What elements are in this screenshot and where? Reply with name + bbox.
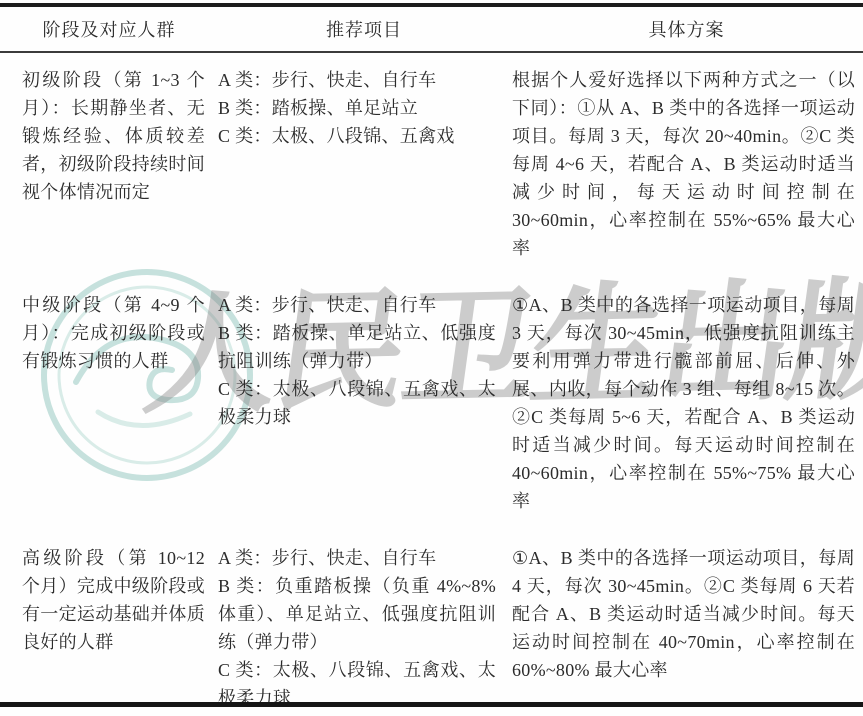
item-class-a: A 类：步行、快走、自行车 [218,544,496,572]
stage-cell: 高级阶段（第 10~12 个月）完成中级阶段或有一定运动基础并体质良好的人群 [0,544,218,712]
item-class-c: C 类：太极、八段锦、五禽戏 [218,122,496,150]
table-header-row: 阶段及对应人群 推荐项目 具体方案 [0,3,863,53]
item-class-a: A 类：步行、快走、自行车 [218,291,496,319]
exercise-program-table: 阶段及对应人群 推荐项目 具体方案 初级阶段（第 1~3 个月）：长期静坐者、无… [0,0,863,716]
item-class-b: B 类：踏板操、单足站立 [218,94,496,122]
items-cell: A 类：步行、快走、自行车 B 类：踏板操、单足站立 C 类：太极、八段锦、五禽… [218,66,510,262]
items-cell: A 类：步行、快走、自行车 B 类：踏板操、单足站立、低强度抗阻训练（弹力带） … [218,291,510,515]
item-class-b: B 类：踏板操、单足站立、低强度抗阻训练（弹力带） [218,319,496,375]
table-row-intermediate-stage: 中级阶段（第 4~9 个月）：完成初级阶段或有锻炼习惯的人群 A 类：步行、快走… [0,278,863,531]
scanned-table-page: 人民卫生出版社 阶段及对应人群 推荐项目 具体方案 初级阶段（第 1~3 个月）… [0,0,863,716]
header-specific-plan: 具体方案 [510,16,863,42]
table-row-advanced-stage: 高级阶段（第 10~12 个月）完成中级阶段或有一定运动基础并体质良好的人群 A… [0,531,863,716]
stage-cell: 中级阶段（第 4~9 个月）：完成初级阶段或有锻炼习惯的人群 [0,291,218,515]
plan-cell: 根据个人爱好选择以下两种方式之一（以下同）：①从 A、B 类中的各选择一项运动项… [510,66,863,262]
item-class-b: B 类：负重踏板操（负重 4%~8% 体重）、单足站立、低强度抗阻训练（弹力带） [218,572,496,656]
table-bottom-rule [0,702,863,707]
items-cell: A 类：步行、快走、自行车 B 类：负重踏板操（负重 4%~8% 体重）、单足站… [218,544,510,712]
header-recommended-items: 推荐项目 [218,16,510,42]
table-row-primary-stage: 初级阶段（第 1~3 个月）：长期静坐者、无锻炼经验、体质较差者，初级阶段持续时… [0,53,863,278]
plan-cell: ①A、B 类中的各选择一项运动项目，每周 3 天，每次 30~45min，低强度… [510,291,863,515]
item-class-a: A 类：步行、快走、自行车 [218,66,496,94]
item-class-c: C 类：太极、八段锦、五禽戏、太极柔力球 [218,375,496,431]
header-stage-population: 阶段及对应人群 [0,16,218,42]
plan-cell: ①A、B 类中的各选择一项运动项目，每周 4 天，每次 30~45min。②C … [510,544,863,712]
stage-cell: 初级阶段（第 1~3 个月）：长期静坐者、无锻炼经验、体质较差者，初级阶段持续时… [0,66,218,262]
